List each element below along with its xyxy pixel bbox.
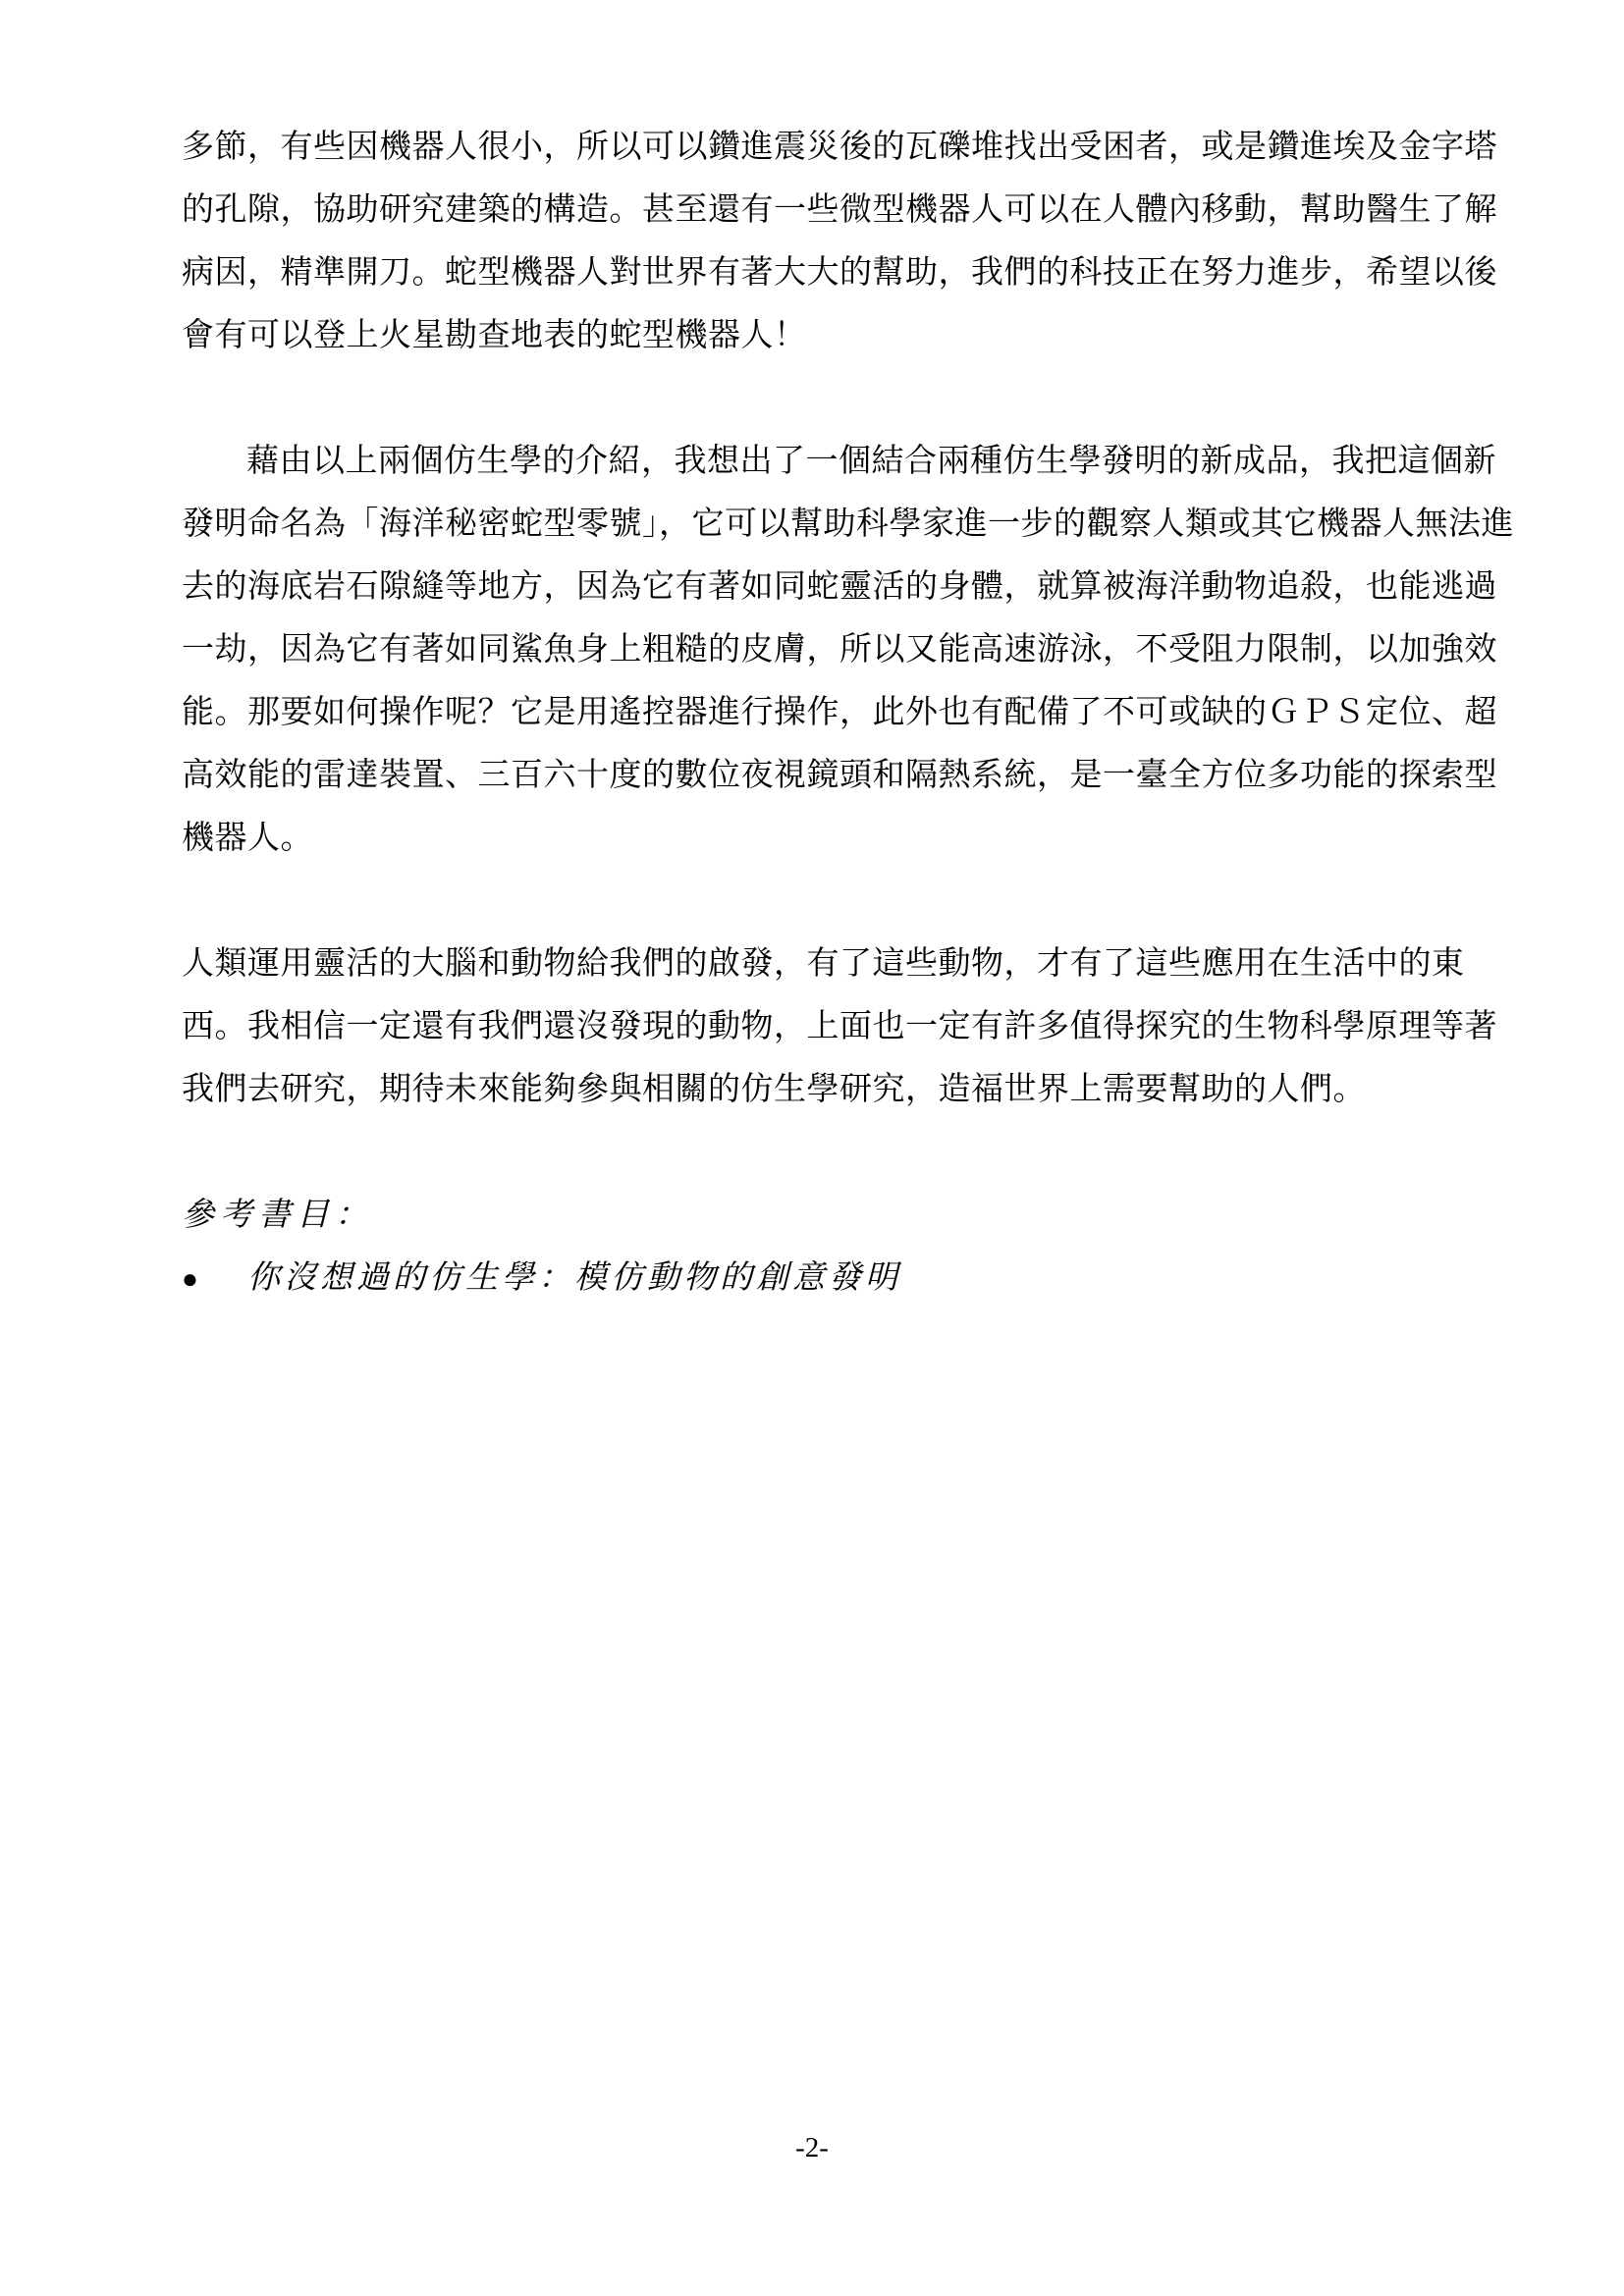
text-line: 一劫，因為它有著如同鯊魚身上粗糙的皮膚，所以又能高速游泳，不受阻力限制，以加強效	[182, 618, 1517, 681]
references-list: ●你沒想過的仿生學：模仿動物的創意發明	[182, 1247, 1517, 1311]
reference-item: ●你沒想過的仿生學：模仿動物的創意發明	[182, 1247, 1517, 1311]
paragraph: 人類運用靈活的大腦和動物給我們的啟發，有了這些動物，才有了這些應用在生活中的東西…	[182, 933, 1517, 1121]
references-heading: 參考書目：	[182, 1184, 1517, 1247]
text-line: 多節，有些因機器人很小，所以可以鑽進震災後的瓦礫堆找出受困者，或是鑽進埃及金字塔	[182, 116, 1517, 179]
text-line: 病因，精準開刀。蛇型機器人對世界有著大大的幫助，我們的科技正在努力進步，希望以後	[182, 241, 1517, 304]
text-line: 人類運用靈活的大腦和動物給我們的啟發，有了這些動物，才有了這些應用在生活中的東	[182, 933, 1517, 995]
bullet-icon: ●	[182, 1249, 247, 1311]
text-line: 的孔隙，協助研究建築的構造。甚至還有一些微型機器人可以在人體內移動，幫助醫生了解	[182, 179, 1517, 241]
document-page: 多節，有些因機器人很小，所以可以鑽進震災後的瓦礫堆找出受困者，或是鑽進埃及金字塔…	[0, 0, 1624, 2296]
text-line: 高效能的雷達裝置、三百六十度的數位夜視鏡頭和隔熱系統，是一臺全方位多功能的探索型	[182, 744, 1517, 807]
page-footer: -2-	[0, 2130, 1624, 2165]
text-line: 能。那要如何操作呢？它是用遙控器進行操作，此外也有配備了不可或缺的ＧＰＳ定位、超	[182, 681, 1517, 744]
text-line: 我們去研究，期待未來能夠參與相關的仿生學研究，造福世界上需要幫助的人們。	[182, 1058, 1517, 1121]
page-number: -2-	[795, 2132, 829, 2163]
text-line: 西。我相信一定還有我們還沒發現的動物，上面也一定有許多值得探究的生物科學原理等著	[182, 995, 1517, 1058]
text-line: 去的海底岩石隙縫等地方，因為它有著如同蛇靈活的身體，就算被海洋動物追殺，也能逃過	[182, 556, 1517, 618]
document-body: 多節，有些因機器人很小，所以可以鑽進震災後的瓦礫堆找出受困者，或是鑽進埃及金字塔…	[182, 116, 1517, 1311]
paragraph: 多節，有些因機器人很小，所以可以鑽進震災後的瓦礫堆找出受困者，或是鑽進埃及金字塔…	[182, 116, 1517, 367]
text-line: 會有可以登上火星勘查地表的蛇型機器人！	[182, 304, 1517, 367]
paragraphs-container: 多節，有些因機器人很小，所以可以鑽進震災後的瓦礫堆找出受困者，或是鑽進埃及金字塔…	[182, 116, 1517, 1121]
paragraph: 藉由以上兩個仿生學的介紹，我想出了一個結合兩種仿生學發明的新成品，我把這個新發明…	[182, 430, 1517, 870]
text-line: 機器人。	[182, 807, 1517, 870]
text-line: 發明命名為「海洋秘密蛇型零號」，它可以幫助科學家進一步的觀察人類或其它機器人無法…	[182, 493, 1517, 556]
reference-title: 你沒想過的仿生學：模仿動物的創意發明	[247, 1247, 901, 1309]
references-section: 參考書目： ●你沒想過的仿生學：模仿動物的創意發明	[182, 1184, 1517, 1311]
text-line: 藉由以上兩個仿生學的介紹，我想出了一個結合兩種仿生學發明的新成品，我把這個新	[182, 430, 1517, 493]
